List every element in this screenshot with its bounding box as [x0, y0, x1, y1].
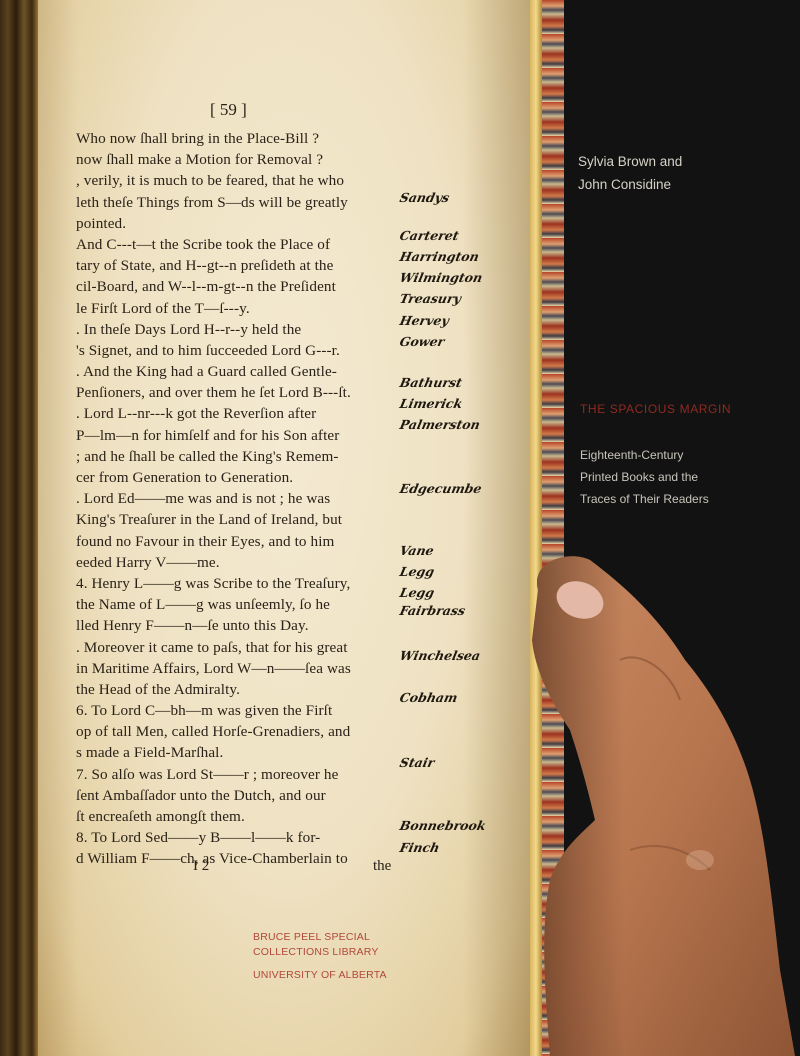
handwritten-annotation: Gower — [398, 334, 446, 349]
handwritten-annotation: Finch — [398, 840, 441, 855]
handwritten-annotation: Bonnebrook — [398, 818, 487, 833]
printed-line: lled Henry F——n—ſe unto this Day. — [76, 615, 436, 636]
printed-line: Penſioners, and over them he ſet Lord B-… — [76, 382, 436, 403]
printed-line: . Moreover it came to paſs, that for his… — [76, 637, 436, 658]
handwritten-annotation: Bathurst — [398, 375, 463, 390]
printed-line: found no Favour in their Eyes, and to hi… — [76, 531, 436, 552]
handwritten-annotation: Stair — [398, 755, 435, 770]
subtitle-line-1: Eighteenth-Century — [580, 444, 709, 466]
subtitle-line-2: Printed Books and the — [580, 466, 709, 488]
handwritten-annotation: Fairbrass — [398, 603, 466, 618]
printed-line: . And the King had a Guard called Gentle… — [76, 361, 436, 382]
printed-line: cil-Board, and W--l--m-gt--n the Preſide… — [76, 276, 436, 297]
printed-line: ſent Ambaſſador unto the Dutch, and our — [76, 785, 436, 806]
printed-line: the Head of the Admiralty. — [76, 679, 436, 700]
printed-line: leth theſe Things from S—ds will be grea… — [76, 192, 436, 213]
printed-line: in Maritime Affairs, Lord W—n——ſea was — [76, 658, 436, 679]
printed-line: eeded Harry V——me. — [76, 552, 436, 573]
handwritten-annotation: Winchelsea — [398, 648, 481, 663]
printed-line: 4. Henry L——g was Scribe to the Treaſury… — [76, 573, 436, 594]
catchword: the — [373, 858, 391, 875]
printed-line: tary of State, and H--gt--n preſideth at… — [76, 255, 436, 276]
handwritten-annotation: Sandys — [398, 190, 450, 205]
printed-line: now ſhall make a Motion for Removal ? — [76, 149, 436, 170]
printed-line: . Lord Ed——me was and is not ; he was — [76, 488, 436, 509]
printed-text-block: Who now ſhall bring in the Place-Bill ?n… — [76, 128, 436, 870]
hand-holding-book-image — [510, 550, 800, 1056]
book-cover: [ 59 ] Who now ſhall bring in the Place-… — [0, 0, 800, 1056]
printed-line: ſt encreaſeth amongſt them. — [76, 806, 436, 827]
handwritten-annotation: Wilmington — [398, 270, 484, 285]
handwritten-annotation: Legg — [398, 564, 435, 579]
printed-line: , verily, it is much to be feared, that … — [76, 170, 436, 191]
handwritten-annotation: Cobham — [398, 690, 459, 705]
printed-line: the Name of L——g was unſeemly, ſo he — [76, 594, 436, 615]
author-line-1: Sylvia Brown and — [578, 150, 682, 173]
publisher-line-2: COLLECTIONS LIBRARY — [253, 945, 387, 960]
printed-line: 's Signet, and to him ſucceeded Lord G--… — [76, 340, 436, 361]
printed-line: pointed. — [76, 213, 436, 234]
printed-line: 6. To Lord C—bh—m was given the Firſt — [76, 700, 436, 721]
publisher-line-3: UNIVERSITY OF ALBERTA — [253, 968, 387, 983]
printed-line: le Firſt Lord of the T—ſ---y. — [76, 298, 436, 319]
handwritten-annotation: Carteret — [398, 228, 460, 243]
publisher-imprint: BRUCE PEEL SPECIAL COLLECTIONS LIBRARY U… — [253, 930, 387, 983]
printed-line: cer from Generation to Generation. — [76, 467, 436, 488]
handwritten-annotation: Edgecumbe — [398, 481, 483, 496]
printed-line: Who now ſhall bring in the Place-Bill ? — [76, 128, 436, 149]
book-subtitle: Eighteenth-Century Printed Books and the… — [580, 444, 709, 510]
publisher-line-1: BRUCE PEEL SPECIAL — [253, 930, 387, 945]
printed-line: 8. To Lord Sed——y B——l——k for- — [76, 827, 436, 848]
handwritten-annotation: Limerick — [398, 396, 464, 411]
handwritten-annotation: Hervey — [398, 313, 450, 328]
printed-line: P—lm—n for himſelf and for his Son after — [76, 425, 436, 446]
printed-line: ; and he ſhall be called the King's Reme… — [76, 446, 436, 467]
author-line-2: John Considine — [578, 173, 682, 196]
printed-line: op of tall Men, called Horſe-Grenadiers,… — [76, 721, 436, 742]
book-title: THE SPACIOUS MARGIN — [580, 402, 731, 416]
handwritten-annotation: Vane — [398, 543, 435, 558]
printed-line: King's Treaſurer in the Land of Ireland,… — [76, 509, 436, 530]
printed-line: And C---t—t the Scribe took the Place of — [76, 234, 436, 255]
handwritten-annotation: Harrington — [398, 249, 480, 264]
book-binding — [0, 0, 40, 1056]
page-number: [ 59 ] — [210, 100, 247, 120]
printed-line: s made a Field-Marſhal. — [76, 742, 436, 763]
subtitle-line-3: Traces of Their Readers — [580, 488, 709, 510]
printed-line: . Lord L--nr---k got the Reverſion after — [76, 403, 436, 424]
printed-line: . In theſe Days Lord H--r--y held the — [76, 319, 436, 340]
authors: Sylvia Brown and John Considine — [578, 150, 682, 196]
handwritten-annotation: Treasury — [398, 291, 462, 306]
handwritten-annotation: Legg — [398, 585, 435, 600]
handwritten-annotation: Palmerston — [398, 417, 481, 432]
printed-line: 7. So alſo was Lord St——r ; moreover he — [76, 764, 436, 785]
signature-mark: I 2 — [193, 858, 209, 875]
